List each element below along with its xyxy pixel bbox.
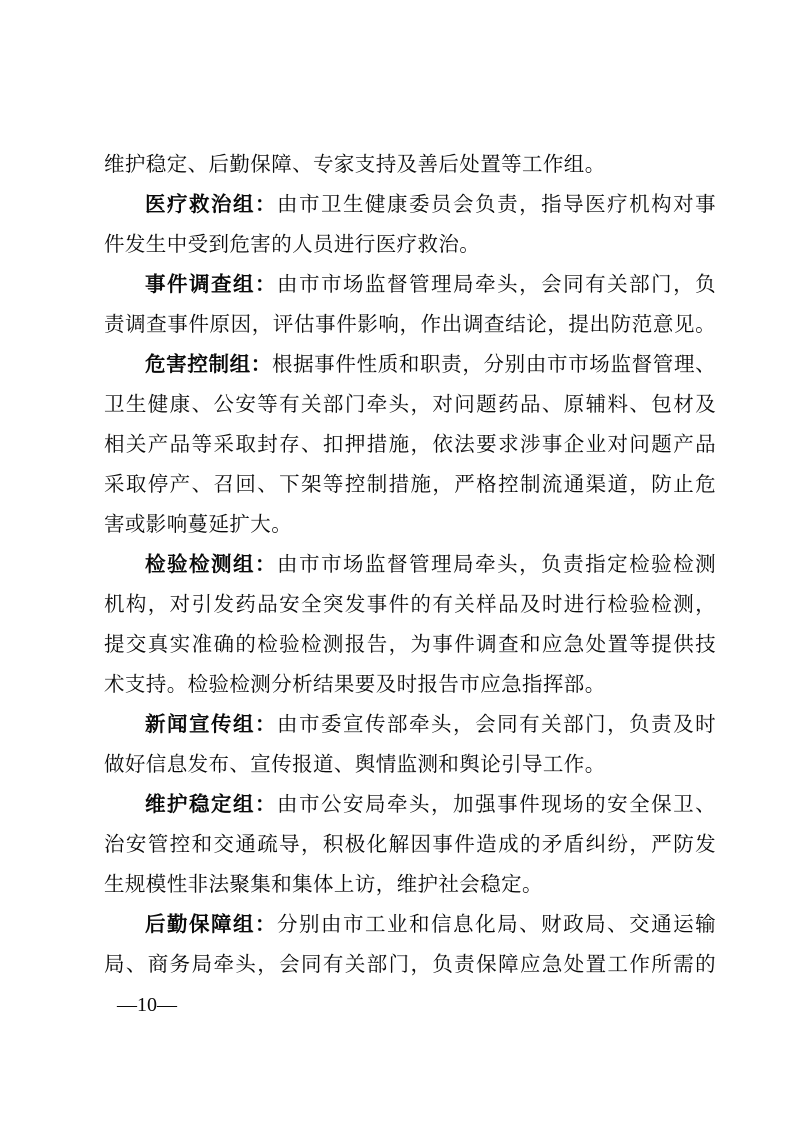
text-line: 事件调查组：由市市场监督管理局牵头，会同有关部门，负 xyxy=(104,265,716,305)
line-text: 相关产品等采取封存、扣押措施，依法要求涉事企业对问题产品 xyxy=(104,434,716,456)
text-line: 相关产品等采取封存、扣押措施，依法要求涉事企业对问题产品 xyxy=(104,425,716,465)
line-text: 由市委宣传部牵头，会同有关部门，负责及时 xyxy=(277,714,716,736)
group-name-bold: 危害控制组： xyxy=(145,353,272,376)
line-text: 机构，对引发药品安全突发事件的有关样品及时进行检验检测， xyxy=(104,594,716,616)
text-line: 机构，对引发药品安全突发事件的有关样品及时进行检验检测， xyxy=(104,585,716,625)
line-text: 由市市场监督管理局牵头，会同有关部门，负 xyxy=(277,274,716,296)
text-line: 危害控制组：根据事件性质和职责，分别由市市场监督管理、 xyxy=(104,345,716,385)
group-name-bold: 维护稳定组： xyxy=(145,793,277,816)
line-text: 害或影响蔓延扩大。 xyxy=(104,514,292,536)
line-text: 根据事件性质和职责，分别由市市场监督管理、 xyxy=(272,354,716,376)
line-text: 治安管控和交通疏导，积极化解因事件造成的矛盾纠纷，严防发 xyxy=(104,834,716,856)
line-text: 由市市场监督管理局牵头，负责指定检验检测 xyxy=(277,554,716,576)
line-text: 由市卫生健康委员会负责，指导医疗机构对事 xyxy=(277,194,716,216)
line-text: 局、商务局牵头，会同有关部门，负责保障应急处置工作所需的 xyxy=(104,954,716,976)
text-line: 新闻宣传组：由市委宣传部牵头，会同有关部门，负责及时 xyxy=(104,705,716,745)
text-line: 术支持。检验检测分析结果要及时报告市应急指挥部。 xyxy=(104,665,716,705)
text-line: 局、商务局牵头，会同有关部门，负责保障应急处置工作所需的 xyxy=(104,945,716,985)
line-text: 责调查事件原因，评估事件影响，作出调查结论，提出防范意见。 xyxy=(104,314,716,336)
text-line: 提交真实准确的检验检测报告，为事件调查和应急处置等提供技 xyxy=(104,625,716,665)
line-text: 提交真实准确的检验检测报告，为事件调查和应急处置等提供技 xyxy=(104,634,716,656)
text-line: 责调查事件原因，评估事件影响，作出调查结论，提出防范意见。 xyxy=(104,305,716,345)
text-line: 治安管控和交通疏导，积极化解因事件造成的矛盾纠纷，严防发 xyxy=(104,825,716,865)
group-name-bold: 后勤保障组： xyxy=(145,913,277,936)
text-line: 医疗救治组：由市卫生健康委员会负责，指导医疗机构对事 xyxy=(104,185,716,225)
text-line: 卫生健康、公安等有关部门牵头，对问题药品、原辅料、包材及 xyxy=(104,385,716,425)
line-text: 术支持。检验检测分析结果要及时报告市应急指挥部。 xyxy=(104,674,606,696)
line-text: 采取停产、召回、下架等控制措施，严格控制流通渠道，防止危 xyxy=(104,474,716,496)
page-number: —10— xyxy=(117,990,177,1020)
line-text: 生规模性非法聚集和集体上访，维护社会稳定。 xyxy=(104,874,543,896)
text-line: 后勤保障组：分别由市工业和信息化局、财政局、交通运输 xyxy=(104,905,716,945)
line-text: 维护稳定、后勤保障、专家支持及善后处置等工作组。 xyxy=(104,154,606,176)
line-text: 分别由市工业和信息化局、财政局、交通运输 xyxy=(277,914,716,936)
line-text: 件发生中受到危害的人员进行医疗救治。 xyxy=(104,234,480,256)
text-line: 维护稳定、后勤保障、专家支持及善后处置等工作组。 xyxy=(104,145,716,185)
line-text: 做好信息发布、宣传报道、舆情监测和舆论引导工作。 xyxy=(104,754,606,776)
line-text: 卫生健康、公安等有关部门牵头，对问题药品、原辅料、包材及 xyxy=(104,394,716,416)
group-name-bold: 检验检测组： xyxy=(145,553,277,576)
text-line: 维护稳定组：由市公安局牵头，加强事件现场的安全保卫、 xyxy=(104,785,716,825)
text-line: 害或影响蔓延扩大。 xyxy=(104,505,716,545)
text-line: 采取停产、召回、下架等控制措施，严格控制流通渠道，防止危 xyxy=(104,465,716,505)
text-line: 生规模性非法聚集和集体上访，维护社会稳定。 xyxy=(104,865,716,905)
document-page: 维护稳定、后勤保障、专家支持及善后处置等工作组。医疗救治组：由市卫生健康委员会负… xyxy=(0,0,793,1122)
text-line: 做好信息发布、宣传报道、舆情监测和舆论引导工作。 xyxy=(104,745,716,785)
group-name-bold: 医疗救治组： xyxy=(145,193,277,216)
group-name-bold: 事件调查组： xyxy=(145,273,277,296)
text-line: 检验检测组：由市市场监督管理局牵头，负责指定检验检测 xyxy=(104,545,716,585)
group-name-bold: 新闻宣传组： xyxy=(145,713,277,736)
text-line: 件发生中受到危害的人员进行医疗救治。 xyxy=(104,225,716,265)
body-text: 维护稳定、后勤保障、专家支持及善后处置等工作组。医疗救治组：由市卫生健康委员会负… xyxy=(104,145,716,985)
line-text: 由市公安局牵头，加强事件现场的安全保卫、 xyxy=(277,794,716,816)
